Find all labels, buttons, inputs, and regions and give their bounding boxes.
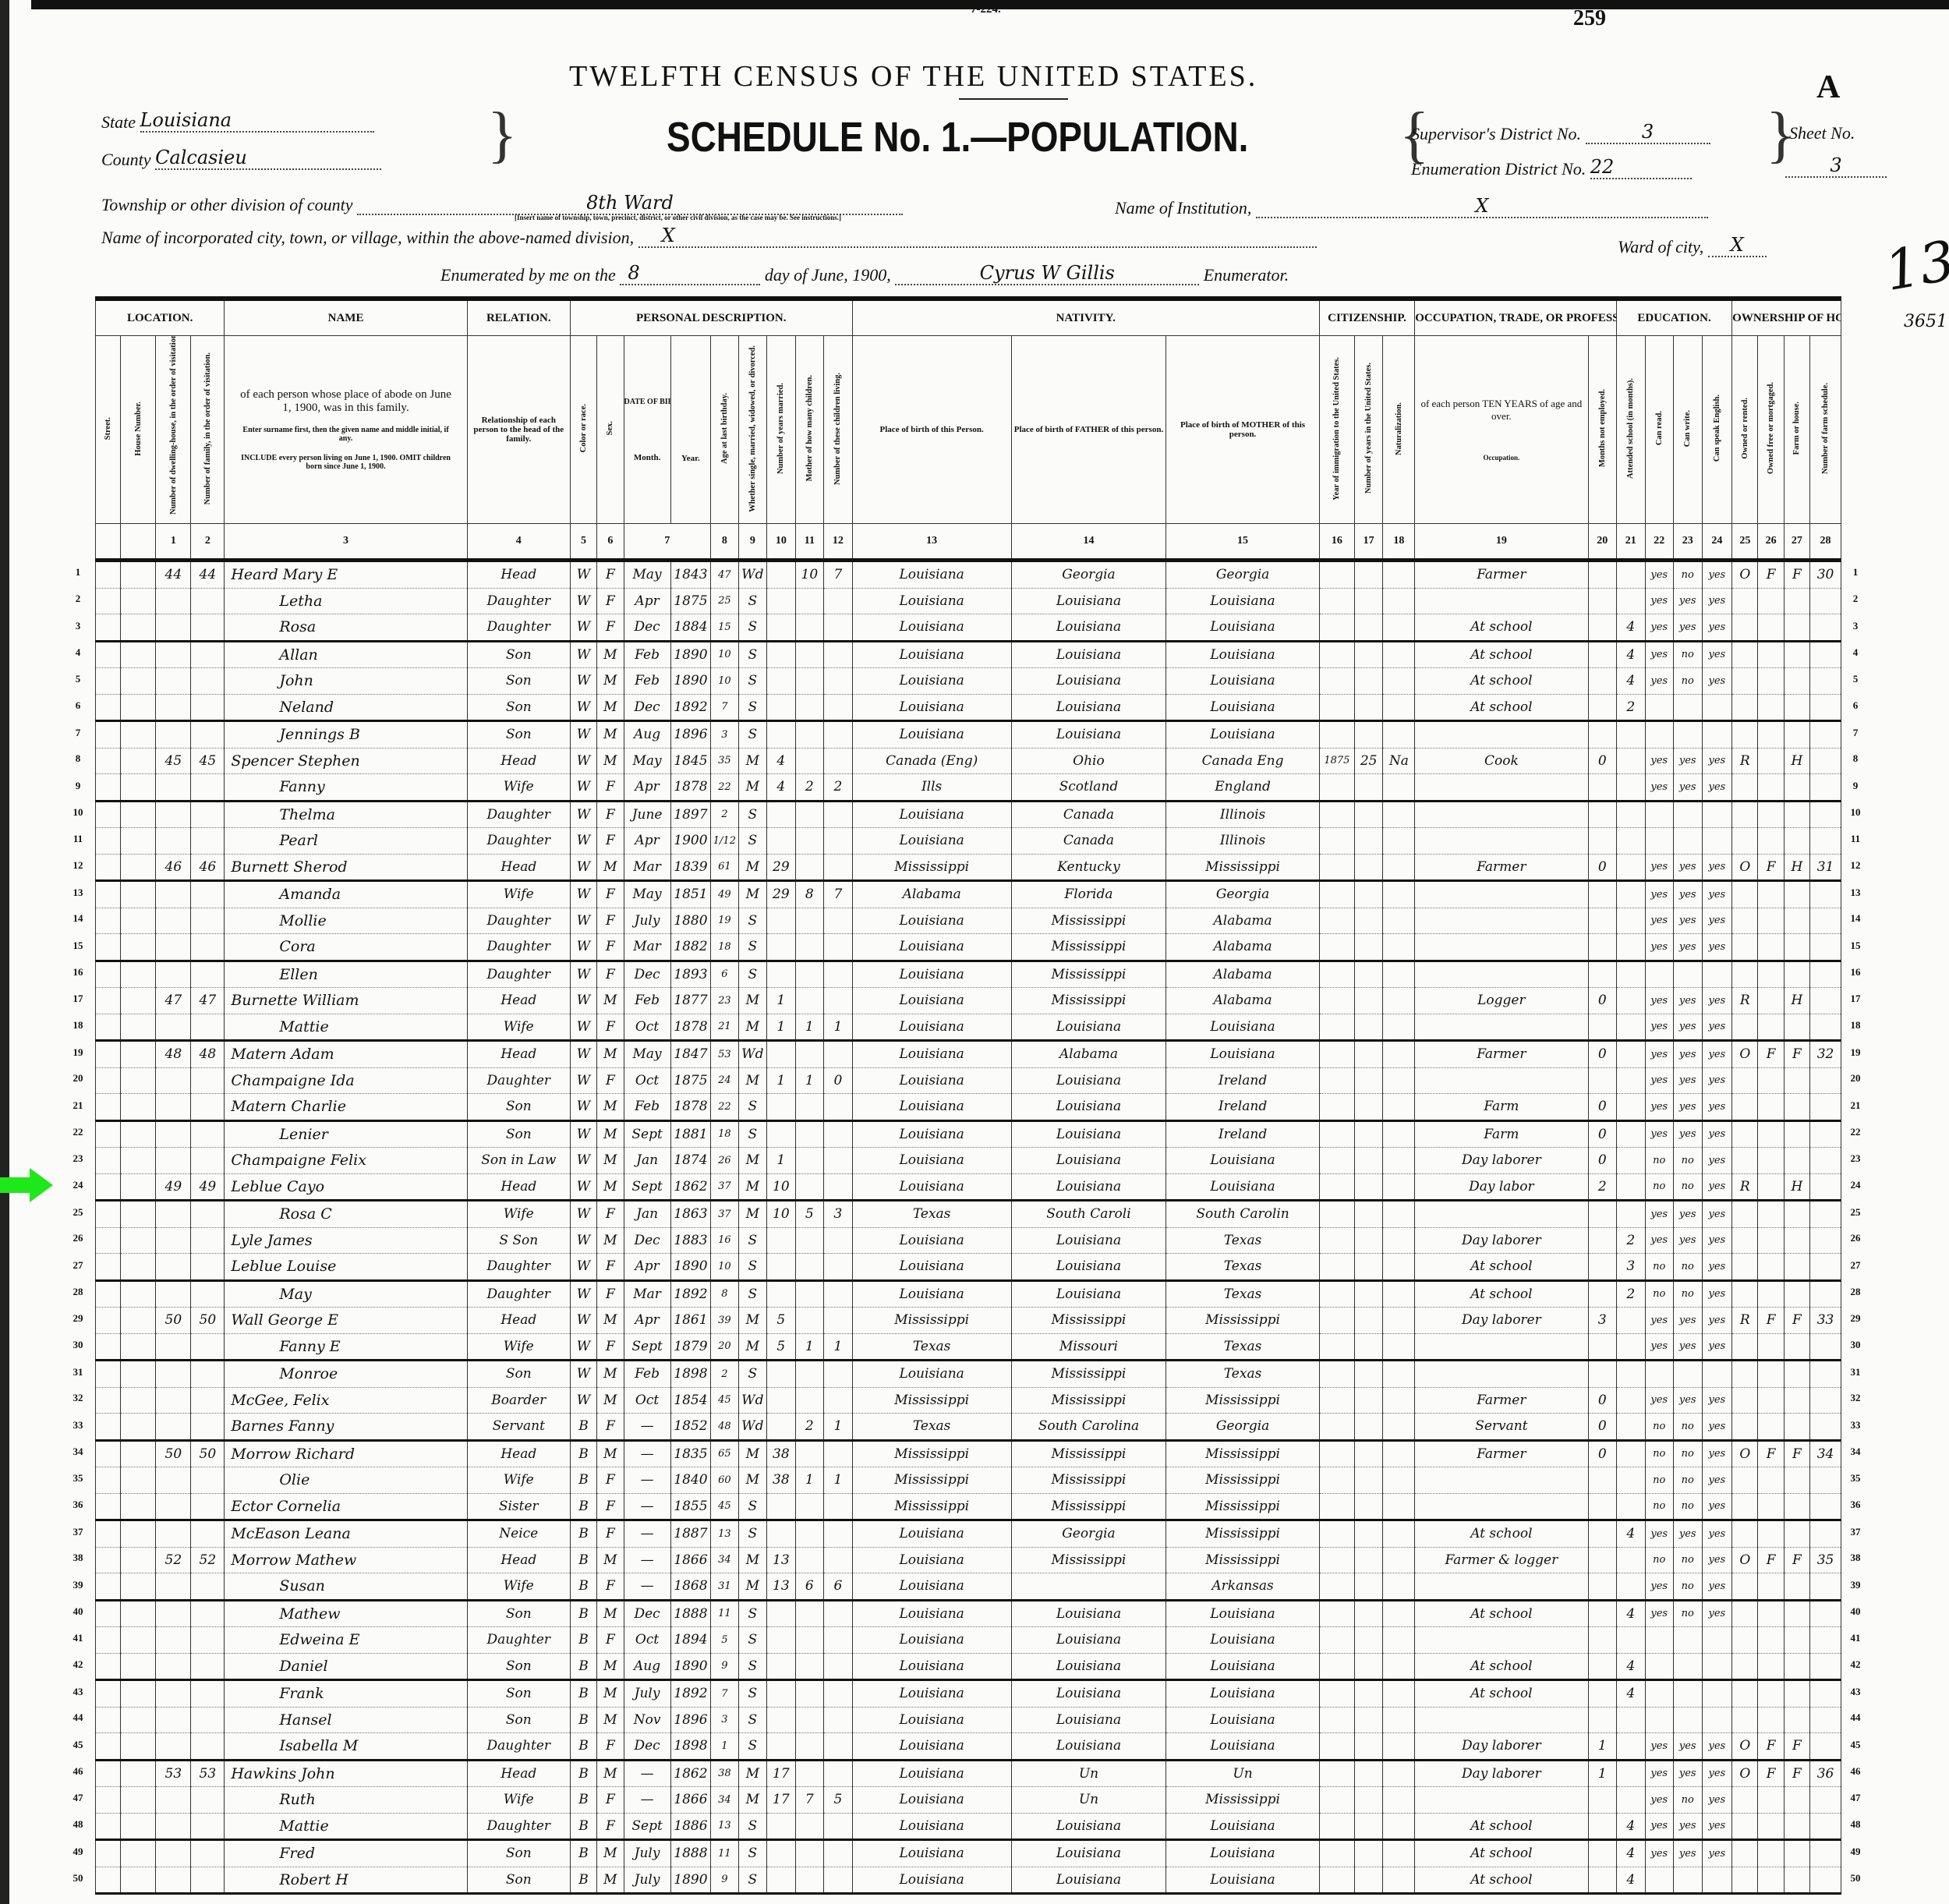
cell-own	[1732, 668, 1758, 695]
line-number: 39	[1846, 1579, 1865, 1591]
cell-mar: S	[738, 1094, 767, 1121]
table-row: FredSonBMJuly188811SLouisianaLouisianaLo…	[96, 1840, 1841, 1867]
cell-rd	[1645, 1361, 1674, 1388]
cell-month: Dec	[624, 614, 670, 642]
cell-rd	[1645, 694, 1674, 721]
cell-ym	[767, 1120, 796, 1148]
column-number: 8	[711, 524, 738, 561]
cell-month: —	[624, 1414, 670, 1441]
cell-mar: M	[738, 1148, 767, 1174]
enumerated-day: 8	[620, 262, 760, 285]
supervisor-field: Supervisor's District No. 3	[1411, 121, 1710, 144]
cell-imm	[1319, 1067, 1354, 1094]
cell-fs	[1810, 988, 1841, 1014]
cell-bf: Scotland	[1011, 774, 1166, 802]
cell-cl: 1	[824, 1333, 853, 1361]
cell-wr: yes	[1674, 1308, 1703, 1334]
cell-cl	[824, 934, 853, 961]
cell-own	[1732, 908, 1758, 934]
cell-bp: Mississippi	[852, 854, 1011, 881]
cell-mar: Wd	[738, 1414, 767, 1441]
line-number: 45	[1846, 1739, 1865, 1751]
cell-age: 34	[711, 1787, 738, 1814]
cell-month: —	[624, 1440, 670, 1467]
cell-cl: 1	[824, 1467, 853, 1494]
cell-wr: yes	[1674, 1333, 1703, 1361]
cell-rd: yes	[1645, 641, 1674, 668]
cell-rd: yes	[1645, 1520, 1674, 1548]
cell-street	[96, 748, 121, 774]
cell-bp: Mississippi	[852, 1493, 1011, 1520]
cell-ym: 13	[767, 1573, 796, 1601]
cell-ym	[767, 1600, 796, 1627]
cell-wr: yes	[1674, 1014, 1703, 1041]
line-number: 28	[1846, 1286, 1865, 1298]
cell-mu	[1588, 801, 1617, 828]
cell-name: Champaigne Felix	[225, 1148, 467, 1174]
cell-house	[121, 774, 156, 802]
line-number: 43	[1846, 1686, 1865, 1698]
cell-en: yes	[1702, 881, 1732, 908]
cell-yus	[1354, 1653, 1383, 1680]
cell-wr: yes	[1674, 934, 1703, 961]
cell-yus	[1354, 1148, 1383, 1174]
cell-street	[96, 1227, 121, 1254]
cell-imm	[1319, 881, 1354, 908]
cell-sch	[1617, 1094, 1646, 1121]
cell-mc	[795, 614, 824, 642]
cell-age: 23	[711, 988, 738, 1014]
cell-own	[1732, 774, 1758, 802]
cell-sch	[1617, 1733, 1646, 1761]
cell-street	[96, 1254, 121, 1281]
cell-bf: Canada	[1011, 801, 1166, 828]
cell-name: Cora	[225, 934, 467, 961]
cell-sex: M	[597, 668, 624, 695]
cell-nat	[1383, 1333, 1415, 1361]
cell-mar: Wd	[738, 561, 767, 589]
cell-nat	[1383, 561, 1415, 589]
cell-sex: F	[597, 1280, 624, 1308]
line-number: 47	[69, 1792, 87, 1804]
cell-mort	[1758, 1361, 1784, 1388]
col-occupation: of each person TEN YEARS of age and over…	[1415, 336, 1588, 524]
cell-occ	[1415, 1627, 1588, 1654]
table-row: Leblue LouiseDaughterWFApr189010SLouisia…	[96, 1254, 1841, 1281]
cell-rel: S Son	[467, 1227, 570, 1254]
cell-ym	[767, 801, 796, 828]
cell-occ: At school	[1415, 1813, 1588, 1840]
cell-sex: F	[597, 908, 624, 934]
cell-bm: Mississippi	[1166, 1493, 1320, 1520]
cell-mar: S	[738, 1653, 767, 1680]
line-number: 49	[1846, 1846, 1865, 1858]
table-row: Edweina EDaughterBFOct18945SLouisianaLou…	[96, 1627, 1841, 1654]
cell-year: 1868	[670, 1573, 711, 1601]
cell-mc: 1	[795, 1067, 824, 1094]
cell-mort: F	[1758, 1308, 1784, 1334]
cell-mu	[1588, 1653, 1617, 1680]
cell-mort	[1758, 1414, 1784, 1441]
cell-cl	[824, 1493, 853, 1520]
cell-fs	[1810, 1840, 1841, 1867]
cell-fam	[191, 1867, 225, 1894]
cell-street	[96, 1813, 121, 1840]
column-number: 6	[597, 524, 624, 561]
cell-street	[96, 1440, 121, 1467]
cell-dw	[156, 1067, 191, 1094]
cell-wr	[1674, 828, 1703, 855]
cell-mort	[1758, 1787, 1784, 1814]
cell-sch	[1617, 1067, 1646, 1094]
cell-mar: S	[738, 1227, 767, 1254]
cell-nat	[1383, 694, 1415, 721]
state-field: State Louisiana	[101, 109, 374, 133]
cell-imm	[1319, 1653, 1354, 1680]
cell-en: yes	[1702, 668, 1732, 695]
cell-bp: Louisiana	[852, 1014, 1011, 1041]
cell-en: yes	[1702, 1547, 1732, 1573]
cell-own	[1732, 1787, 1758, 1814]
cell-fs: 35	[1810, 1547, 1841, 1573]
cell-own	[1732, 1653, 1758, 1680]
cell-rel: Head	[467, 748, 570, 774]
cell-mort	[1758, 721, 1784, 749]
cell-occ: At school	[1415, 1254, 1588, 1281]
cell-bm: Canada Eng	[1166, 748, 1320, 774]
cell-color: W	[570, 1201, 596, 1228]
cell-wr: no	[1674, 1787, 1703, 1814]
cell-fam: 52	[191, 1547, 225, 1573]
cell-imm	[1319, 1201, 1354, 1228]
cell-house	[121, 1547, 156, 1573]
cell-mc	[795, 1813, 824, 1840]
cell-fam: 49	[191, 1173, 225, 1201]
cell-name: Champaigne Ida	[225, 1067, 467, 1094]
cell-bp: Louisiana	[852, 561, 1011, 589]
cell-imm	[1319, 801, 1354, 828]
cell-house	[121, 1600, 156, 1627]
cell-occ: Cook	[1415, 748, 1588, 774]
cell-mar: M	[738, 1067, 767, 1094]
cell-sch	[1617, 854, 1646, 881]
cell-nat	[1383, 1707, 1415, 1733]
cell-year: 1898	[670, 1733, 711, 1761]
cell-year: 1855	[670, 1493, 711, 1520]
cell-year: 1887	[670, 1520, 711, 1548]
cell-ym	[767, 908, 796, 934]
cell-fs: 34	[1810, 1440, 1841, 1467]
cell-occ	[1415, 961, 1588, 988]
cell-name: McEason Leana	[225, 1520, 467, 1548]
cell-wr: no	[1674, 1280, 1703, 1308]
county-field: County Calcasieu	[101, 147, 381, 170]
table-row: 5353Hawkins JohnHeadBM—186238M17Louisian…	[96, 1760, 1841, 1787]
cell-dw	[156, 1120, 191, 1148]
arrow-right-icon	[0, 1168, 55, 1202]
cell-year: 1890	[670, 1867, 711, 1894]
column-number: 5	[570, 524, 596, 561]
table-row: 4646Burnett SherodHeadWMMar183961M29Miss…	[96, 854, 1841, 881]
cell-yus	[1354, 1067, 1383, 1094]
cell-bf: Louisiana	[1011, 1120, 1166, 1148]
cell-yus	[1354, 881, 1383, 908]
cell-mc	[795, 1520, 824, 1548]
cell-mc	[795, 1387, 824, 1414]
column-number: 4	[467, 524, 570, 561]
cell-rel: Head	[467, 988, 570, 1014]
cell-mar: S	[738, 1120, 767, 1148]
cell-rel: Wife	[467, 1787, 570, 1814]
cell-sex: M	[597, 1440, 624, 1467]
cell-mu: 0	[1588, 1120, 1617, 1148]
col-marital: Whether single, married, widowed, or div…	[738, 336, 767, 524]
cell-fs	[1810, 1520, 1841, 1548]
cell-fs	[1810, 961, 1841, 988]
cell-month: Aug	[624, 1653, 670, 1680]
cell-ym	[767, 1041, 796, 1068]
cell-rd: no	[1645, 1414, 1674, 1441]
cell-wr: no	[1674, 1600, 1703, 1627]
table-row: RosaDaughterWFDec188415SLouisianaLouisia…	[96, 614, 1841, 642]
form-number: 7-224.	[971, 3, 1001, 16]
cell-farm: F	[1784, 561, 1809, 589]
cell-ym	[767, 1094, 796, 1121]
cell-yus	[1354, 1308, 1383, 1334]
col-color: Color or race.	[570, 336, 596, 524]
cell-bf: Louisiana	[1011, 1067, 1166, 1094]
cell-house	[121, 1227, 156, 1254]
cell-mu	[1588, 1547, 1617, 1573]
cell-en	[1702, 961, 1732, 988]
cell-yus	[1354, 934, 1383, 961]
cell-fam	[191, 1707, 225, 1733]
cell-bf: Canada	[1011, 828, 1166, 855]
cell-age: 10	[711, 1254, 738, 1281]
cell-mc	[795, 988, 824, 1014]
line-number: 42	[1846, 1658, 1865, 1671]
column-number: 2	[191, 524, 225, 561]
cell-occ: Logger	[1415, 988, 1588, 1014]
cell-yus	[1354, 588, 1383, 614]
cell-en	[1702, 1361, 1732, 1388]
cell-mu: 1	[1588, 1760, 1617, 1787]
cell-year: 1866	[670, 1547, 711, 1573]
cell-cl	[824, 1387, 853, 1414]
cell-yus	[1354, 988, 1383, 1014]
cell-farm	[1784, 1867, 1809, 1894]
cell-sch	[1617, 1041, 1646, 1068]
cell-mar: S	[738, 641, 767, 668]
cell-wr: yes	[1674, 1227, 1703, 1254]
cell-mort	[1758, 1573, 1784, 1601]
cell-rd: yes	[1645, 588, 1674, 614]
line-number: 34	[69, 1446, 87, 1458]
cell-mc	[795, 854, 824, 881]
cell-rd: yes	[1645, 1840, 1674, 1867]
cell-farm	[1784, 1627, 1809, 1654]
cell-mar: Wd	[738, 1041, 767, 1068]
cell-own	[1732, 1067, 1758, 1094]
cell-wr: yes	[1674, 1094, 1703, 1121]
cell-bm: Alabama	[1166, 988, 1320, 1014]
cell-fs	[1810, 668, 1841, 695]
cell-imm	[1319, 1627, 1354, 1654]
cell-mc	[795, 1440, 824, 1467]
cell-fs	[1810, 1680, 1841, 1708]
cell-bm: Louisiana	[1166, 721, 1320, 749]
cell-ym: 17	[767, 1787, 796, 1814]
cell-color: B	[570, 1600, 596, 1627]
cell-mort	[1758, 1707, 1784, 1733]
cell-bp: Louisiana	[852, 641, 1011, 668]
table-row: EllenDaughterWFDec18936SLouisianaMississ…	[96, 961, 1841, 988]
cell-en: yes	[1702, 1148, 1732, 1174]
cell-imm	[1319, 934, 1354, 961]
table-row: Ector CorneliaSisterBF—185545SMississipp…	[96, 1493, 1841, 1520]
cell-ym	[767, 694, 796, 721]
cell-month: July	[624, 908, 670, 934]
cell-wr: no	[1674, 1414, 1703, 1441]
cell-fam	[191, 614, 225, 642]
cell-month: Oct	[624, 1627, 670, 1654]
cell-rel: Daughter	[467, 1067, 570, 1094]
column-number: 17	[1354, 524, 1383, 561]
cell-bm: Mississippi	[1166, 854, 1320, 881]
cell-bp: Louisiana	[852, 1173, 1011, 1201]
cell-mar: M	[738, 774, 767, 802]
cell-house	[121, 1707, 156, 1733]
ward-label: Ward of city,	[1618, 237, 1703, 257]
cell-mu: 0	[1588, 748, 1617, 774]
cell-own: O	[1732, 1547, 1758, 1573]
table-row: Robert HSonBMJuly18909SLouisianaLouisian…	[96, 1867, 1841, 1894]
cell-occ: At school	[1415, 1867, 1588, 1894]
cell-name: Fanny	[225, 774, 467, 802]
cell-bf: Mississippi	[1011, 1387, 1166, 1414]
cell-wr: yes	[1674, 988, 1703, 1014]
cell-yus	[1354, 774, 1383, 802]
cell-fam	[191, 1627, 225, 1654]
table-row: 4848Matern AdamHeadWMMay184753WdLouisian…	[96, 1041, 1841, 1068]
cell-en: yes	[1702, 1840, 1732, 1867]
cell-bf: Mississippi	[1011, 1493, 1166, 1520]
cell-year: 1862	[670, 1173, 711, 1201]
cell-bp: Louisiana	[852, 1600, 1011, 1627]
cell-imm	[1319, 1787, 1354, 1814]
cell-imm	[1319, 1600, 1354, 1627]
cell-mort	[1758, 774, 1784, 802]
cell-bm: Mississippi	[1166, 1787, 1320, 1814]
line-number: 25	[1846, 1206, 1865, 1219]
cell-wr: yes	[1674, 908, 1703, 934]
cell-street	[96, 588, 121, 614]
cell-house	[121, 1573, 156, 1601]
cell-sex: M	[597, 694, 624, 721]
cell-ym	[767, 1280, 796, 1308]
cell-bp: Louisiana	[852, 721, 1011, 749]
cell-mort: F	[1758, 1733, 1784, 1761]
cell-street	[96, 1867, 121, 1894]
cell-age: 16	[711, 1227, 738, 1254]
cell-mc	[795, 1493, 824, 1520]
cell-wr	[1674, 1627, 1703, 1654]
column-number	[96, 524, 121, 561]
cell-sch	[1617, 828, 1646, 855]
cell-bm: Mississippi	[1166, 1547, 1320, 1573]
enumerator-name: Cyrus W Gillis	[895, 262, 1199, 285]
cell-farm	[1784, 1813, 1809, 1840]
cell-occ: Farmer	[1415, 1041, 1588, 1068]
cell-color: W	[570, 721, 596, 749]
cell-mort	[1758, 748, 1784, 774]
cell-cl	[824, 1760, 853, 1787]
cell-color: B	[570, 1493, 596, 1520]
cell-own	[1732, 1094, 1758, 1121]
cell-own: R	[1732, 1308, 1758, 1334]
cell-sex: F	[597, 1067, 624, 1094]
county-label: County	[101, 150, 151, 169]
cell-ym: 29	[767, 881, 796, 908]
sheet-value: 3	[1785, 154, 1887, 178]
cell-sch	[1617, 908, 1646, 934]
line-number: 20	[1846, 1072, 1865, 1085]
cell-fam	[191, 1254, 225, 1281]
table-row: FannyWifeWFApr187822M422IllsScotlandEngl…	[96, 774, 1841, 802]
cell-en: yes	[1702, 1227, 1732, 1254]
cell-fs	[1810, 1493, 1841, 1520]
cell-name: Rosa	[225, 614, 467, 642]
cell-bp: Louisiana	[852, 694, 1011, 721]
line-number: 31	[1846, 1366, 1865, 1378]
cell-fam	[191, 641, 225, 668]
cell-ym	[767, 1653, 796, 1680]
table-row: 4747Burnette WilliamHeadWMFeb187723M1Lou…	[96, 988, 1841, 1014]
cell-own	[1732, 881, 1758, 908]
cell-sch	[1617, 1387, 1646, 1414]
cell-year: 1878	[670, 1094, 711, 1121]
cell-own	[1732, 1813, 1758, 1840]
cell-wr: yes	[1674, 774, 1703, 802]
cell-bp: Louisiana	[852, 1520, 1011, 1548]
column-number: 10	[767, 524, 796, 561]
cell-color: W	[570, 1387, 596, 1414]
cell-occ: At school	[1415, 1653, 1588, 1680]
line-number: 41	[69, 1632, 87, 1644]
cell-own	[1732, 1573, 1758, 1601]
cell-bf: Louisiana	[1011, 721, 1166, 749]
city-label: Name of incorporated city, town, or vill…	[101, 228, 634, 247]
column-number: 26	[1758, 524, 1784, 561]
cell-wr	[1674, 1361, 1703, 1388]
cell-occ	[1415, 1573, 1588, 1601]
line-number: 14	[69, 912, 87, 925]
col-birth-year: Year.	[670, 336, 711, 524]
cell-fam	[191, 828, 225, 855]
cell-dw: 44	[156, 561, 191, 589]
cell-yus	[1354, 1094, 1383, 1121]
cell-month: Feb	[624, 1094, 670, 1121]
cell-month: —	[624, 1760, 670, 1787]
cell-year: 1888	[670, 1600, 711, 1627]
cell-month: Dec	[624, 1227, 670, 1254]
cell-own	[1732, 1148, 1758, 1174]
cell-month: July	[624, 1867, 670, 1894]
cell-rd: no	[1645, 1148, 1674, 1174]
cell-rd: yes	[1645, 1201, 1674, 1228]
cell-rel: Head	[467, 1760, 570, 1787]
cell-farm	[1784, 588, 1809, 614]
